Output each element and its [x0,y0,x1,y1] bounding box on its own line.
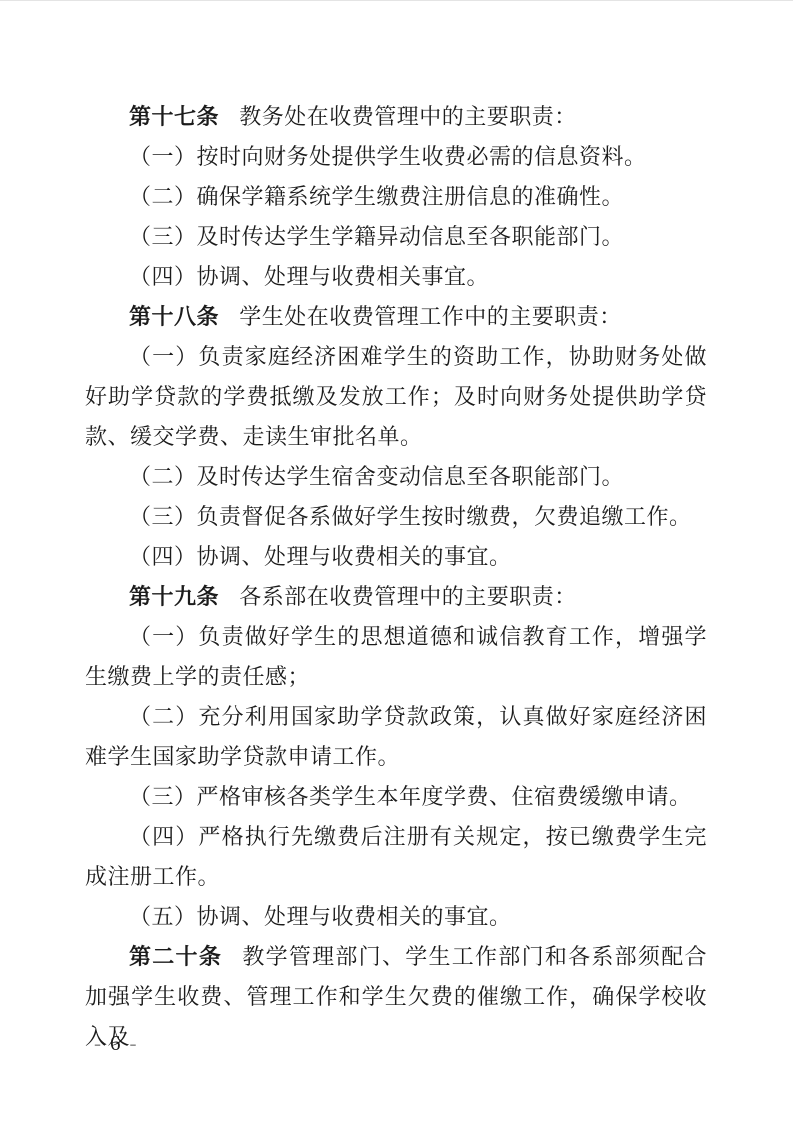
article-paragraph: 第十七条教务处在收费管理中的主要职责： [85,97,707,137]
paragraph-text: （四）协调、处理与收费相关的事宜。 [129,544,512,569]
item-paragraph: （三）负责督促各系做好学生按时缴费，欠费追缴工作。 [85,497,707,537]
item-paragraph: （二）及时传达学生宿舍变动信息至各职能部门。 [85,457,707,497]
page-number-dash-left: - [94,1031,101,1055]
paragraph-text: （四）严格执行先缴费后注册有关规定，按已缴费学生完成注册工作。 [85,824,707,889]
paragraph-text: （三）负责督促各系做好学生按时缴费，欠费追缴工作。 [129,504,692,529]
article-paragraph: 第十八条学生处在收费管理工作中的主要职责： [85,297,707,337]
item-paragraph: （一）负责家庭经济困难学生的资助工作，协助财务处做好助学贷款的学费抵缴及发放工作… [85,337,707,457]
article-paragraph: 第二十条教学管理部门、学生工作部门和各系部须配合加强学生收费、管理工作和学生欠费… [85,937,707,1057]
item-paragraph: （三）严格审核各类学生本年度学费、住宿费缓缴申请。 [85,777,707,817]
page-number: 6 [110,1031,121,1055]
paragraph-text: 教务处在收费管理中的主要职责： [239,104,577,129]
paragraph-text: （一）负责家庭经济困难学生的资助工作，协助财务处做好助学贷款的学费抵缴及发放工作… [85,344,707,449]
paragraph-text: （三）及时传达学生学籍异动信息至各职能部门。 [129,224,624,249]
item-paragraph: （一）负责做好学生的思想道德和诚信教育工作，增强学生缴费上学的责任感； [85,617,707,697]
article-number: 第十七条 [129,104,219,129]
paragraph-text: （一）负责做好学生的思想道德和诚信教育工作，增强学生缴费上学的责任感； [85,624,707,689]
paragraph-text: （二）及时传达学生宿舍变动信息至各职能部门。 [129,464,624,489]
paragraph-text: （三）严格审核各类学生本年度学费、住宿费缓缴申请。 [129,784,692,809]
article-number: 第十九条 [129,584,219,609]
paragraph-text: （五）协调、处理与收费相关的事宜。 [129,904,512,929]
page-number-dash-right: - [130,1031,137,1055]
article-number: 第十八条 [129,304,219,329]
item-paragraph: （一）按时向财务处提供学生收费必需的信息资料。 [85,137,707,177]
item-paragraph: （三）及时传达学生学籍异动信息至各职能部门。 [85,217,707,257]
paragraph-text: 各系部在收费管理中的主要职责： [239,584,577,609]
document-page: 第十七条教务处在收费管理中的主要职责：（一）按时向财务处提供学生收费必需的信息资… [0,0,793,1122]
paragraph-text: 学生处在收费管理工作中的主要职责： [239,304,622,329]
paragraph-text: （四）协调、处理与收费相关事宜。 [129,264,489,289]
paragraph-text: （二）确保学籍系统学生缴费注册信息的准确性。 [129,184,624,209]
paragraph-text: （一）按时向财务处提供学生收费必需的信息资料。 [129,144,647,169]
item-paragraph: （四）协调、处理与收费相关事宜。 [85,257,707,297]
paragraph-text: （二）充分利用国家助学贷款政策，认真做好家庭经济困难学生国家助学贷款申请工作。 [85,704,707,769]
item-paragraph: （四）严格执行先缴费后注册有关规定，按已缴费学生完成注册工作。 [85,817,707,897]
article-paragraph: 第十九条各系部在收费管理中的主要职责： [85,577,707,617]
item-paragraph: （四）协调、处理与收费相关的事宜。 [85,537,707,577]
page-footer: -6- [94,1029,137,1057]
document-body: 第十七条教务处在收费管理中的主要职责：（一）按时向财务处提供学生收费必需的信息资… [85,97,707,1057]
article-number: 第二十条 [129,944,222,969]
item-paragraph: （五）协调、处理与收费相关的事宜。 [85,897,707,937]
item-paragraph: （二）充分利用国家助学贷款政策，认真做好家庭经济困难学生国家助学贷款申请工作。 [85,697,707,777]
item-paragraph: （二）确保学籍系统学生缴费注册信息的准确性。 [85,177,707,217]
